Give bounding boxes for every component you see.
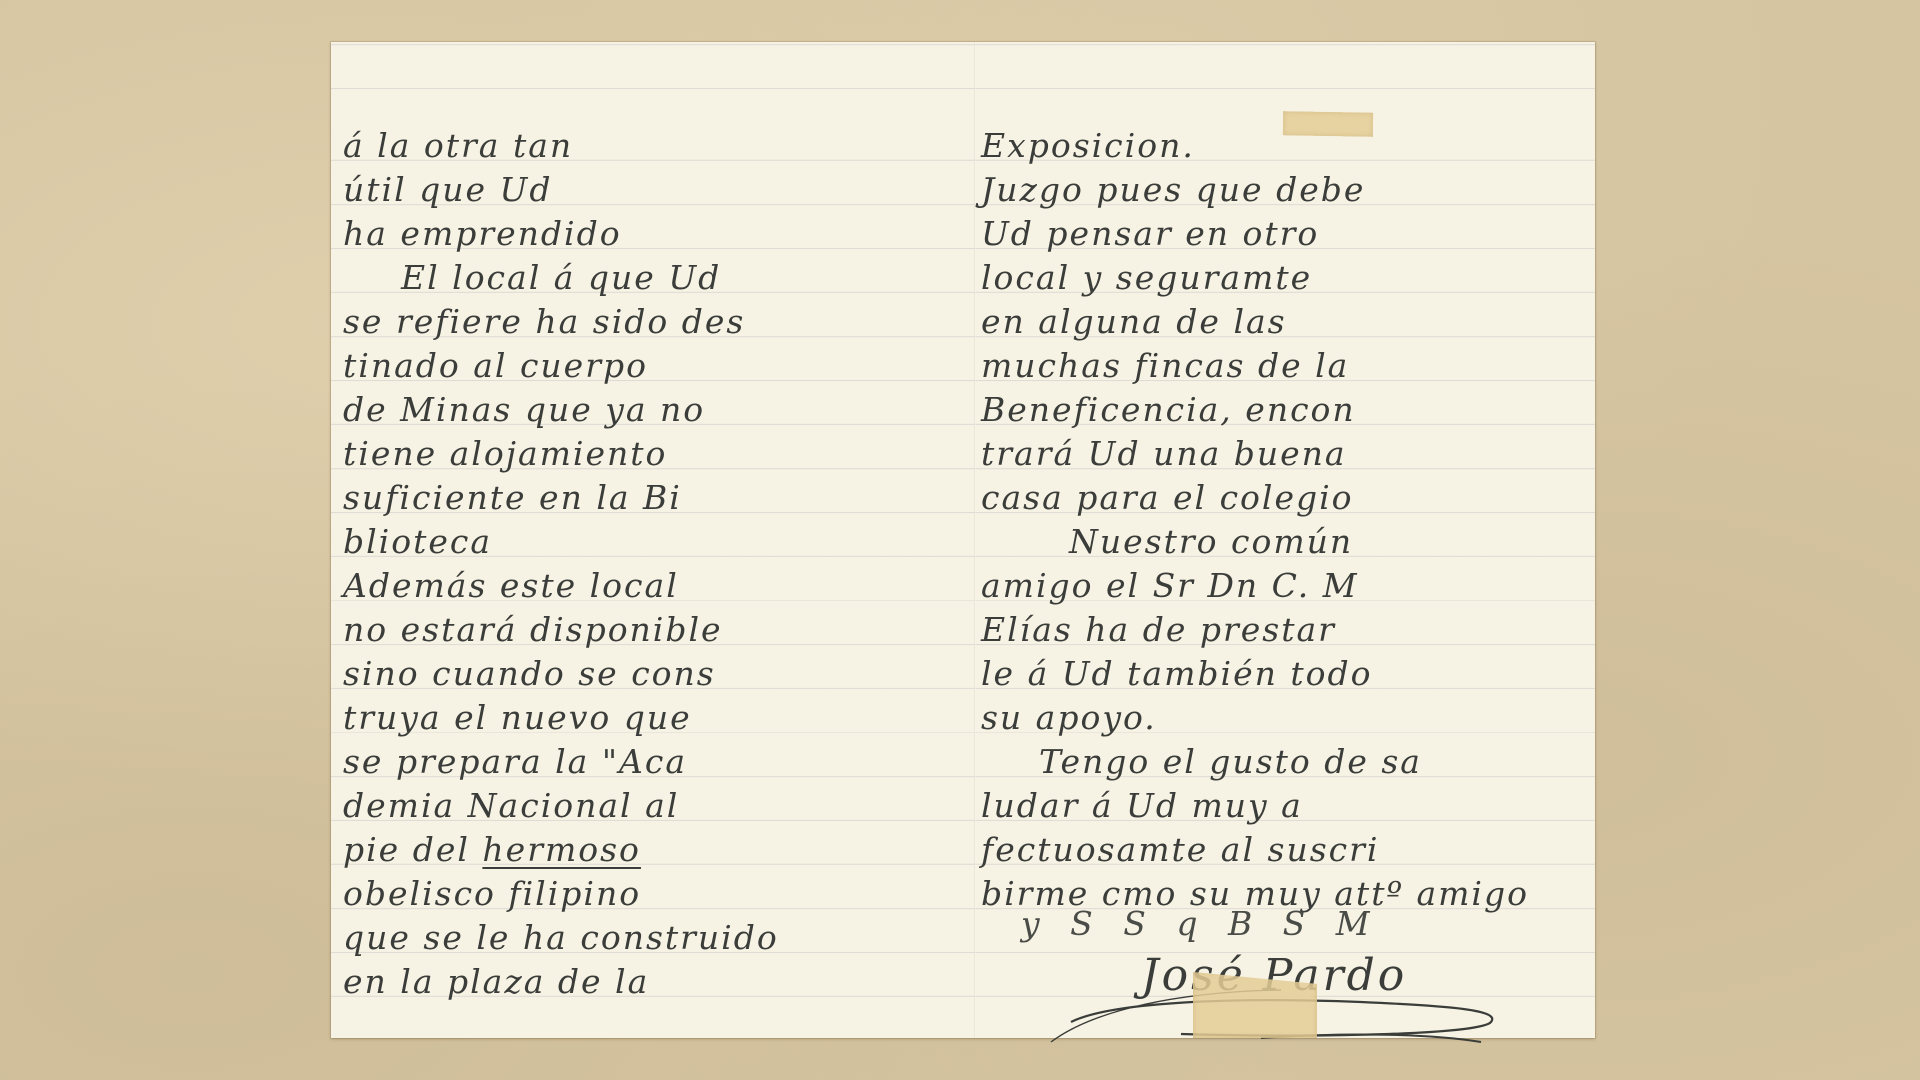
text-line: tiene alojamiento [343, 432, 943, 476]
text-line: á la otra tan [343, 124, 943, 168]
text-line: fectuosamte al suscri [981, 828, 1581, 872]
text-line: que se le ha construido [343, 916, 943, 960]
letter-sheet: á la otra tan útil que Ud ha emprendido … [331, 42, 1595, 1038]
text-line: suficiente en la Bi [343, 476, 943, 520]
text-line: Tengo el gusto de sa [981, 740, 1581, 784]
text-line: blioteca [343, 520, 943, 564]
text-line: Elías ha de prestar [981, 608, 1581, 652]
left-page-text: á la otra tan útil que Ud ha emprendido … [343, 124, 943, 1004]
right-page-text: Exposicion. Juzgo pues que debe Ud pensa… [981, 124, 1581, 916]
text-line: de Minas que ya no [343, 388, 943, 432]
text-line: El local á que Ud [343, 256, 943, 300]
text-line: local y seguramte [981, 256, 1581, 300]
text-line: tinado al cuerpo [343, 344, 943, 388]
text-line: trará Ud una buena [981, 432, 1581, 476]
text-line: demia Nacional al [343, 784, 943, 828]
text-line: Nuestro común [981, 520, 1581, 564]
text-line: en alguna de las [981, 300, 1581, 344]
text-line: se prepara la "Aca [343, 740, 943, 784]
text-line: muchas fincas de la [981, 344, 1581, 388]
tape-top [1283, 111, 1373, 137]
text-line: Juzgo pues que debe [981, 168, 1581, 212]
center-fold [974, 42, 976, 1038]
text-line: sino cuando se cons [343, 652, 943, 696]
text-line: se refiere ha sido des [343, 300, 943, 344]
text-line: casa para el colegio [981, 476, 1581, 520]
text-line: su apoyo. [981, 696, 1581, 740]
text-line: no estará disponible [343, 608, 943, 652]
text-line: Exposicion. [981, 124, 1581, 168]
text-line: en la plaza de la [343, 960, 943, 1004]
text-line: obelisco filipino [343, 872, 943, 916]
text-line: útil que Ud [343, 168, 943, 212]
text-line: ha emprendido [343, 212, 943, 256]
text-line: ludar á Ud muy a [981, 784, 1581, 828]
text-line: Ud pensar en otro [981, 212, 1581, 256]
text-line: amigo el Sr Dn C. M [981, 564, 1581, 608]
closing-abbreviation: y S S q B S M [1021, 904, 1380, 943]
underlined-word: hermoso [482, 830, 641, 869]
text-line: Beneficencia, encon [981, 388, 1581, 432]
text-line: pie del hermoso [343, 828, 943, 872]
text-fragment: pie del [343, 830, 470, 869]
text-line: Además este local [343, 564, 943, 608]
text-line: truya el nuevo que [343, 696, 943, 740]
text-line: le á Ud también todo [981, 652, 1581, 696]
